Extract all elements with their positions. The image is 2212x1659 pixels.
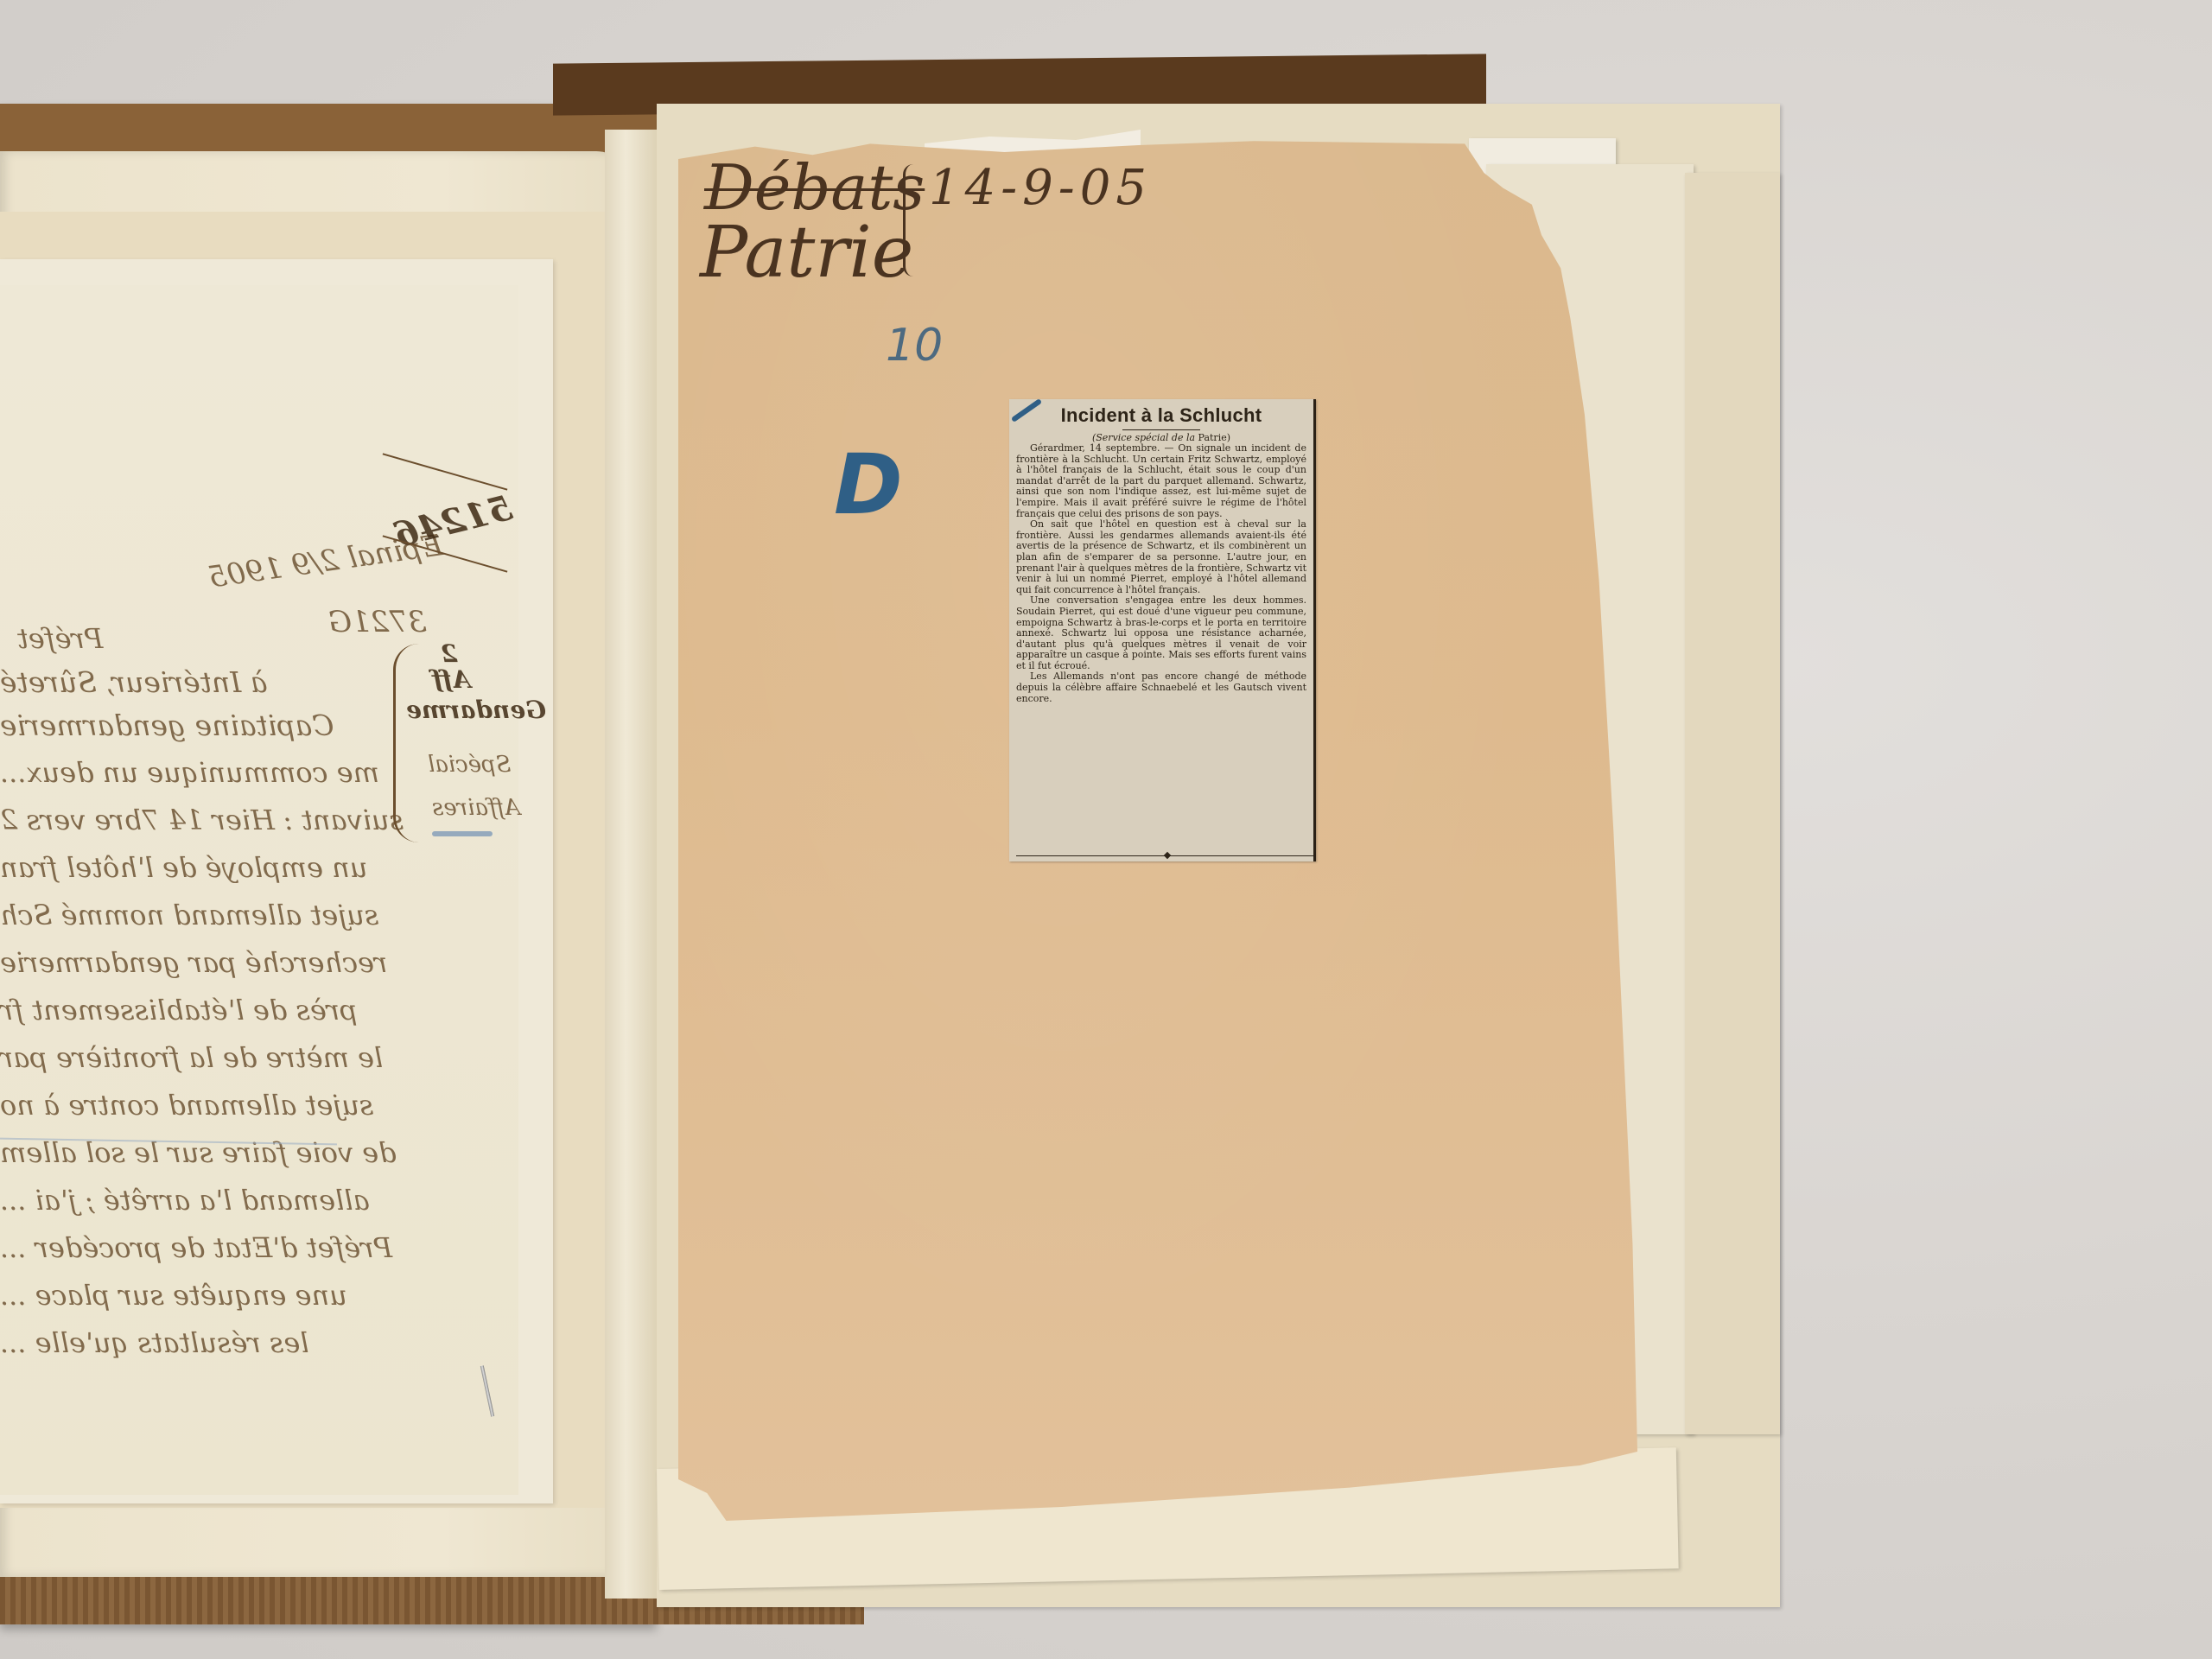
mirrored-line: recherché par gendarmerie	[0, 946, 387, 979]
margin-note: 2	[441, 639, 457, 668]
clipping-paragraph: On sait que l'hôtel en question est à ch…	[1016, 519, 1306, 595]
mirrored-line: allemand l'a arrêté ; j'ai ...	[0, 1184, 370, 1217]
clipping-paragraph: Une conversation s'engagea entre les deu…	[1016, 595, 1306, 671]
back-leaf	[1685, 173, 1780, 1434]
book-gutter	[605, 130, 657, 1599]
clipping-headline: Incident à la Schlucht	[1016, 404, 1306, 427]
margin-note: Spécial	[428, 752, 512, 778]
source-annotation: Patrie	[700, 212, 913, 294]
newspaper-clipping: Incident à la Schlucht (Service spécial …	[1009, 399, 1316, 861]
mirrored-line: le mètre de la frontière par	[0, 1041, 383, 1074]
mirrored-line: suivant : Hier 14 7bre vers 2	[0, 804, 404, 836]
margin-brace	[393, 644, 422, 842]
clipping-paragraph: Gérardmer, 14 septembre. — On signale un…	[1016, 443, 1306, 519]
margin-note: Gendarme	[406, 696, 546, 724]
mirrored-line: Préfet d'Etat de procéder ...	[0, 1231, 392, 1264]
mirrored-line: à Intérieur, Sûreté	[0, 665, 267, 699]
mirrored-line: près de l'établissement fr	[0, 994, 358, 1027]
mirrored-line: une enquête sur place ...	[0, 1279, 347, 1312]
mirrored-line: les résultats qu'elle ...	[0, 1326, 309, 1359]
tissue-sheet-inner: Epinal 2/9 1905 3721G Préfet à Intérieur…	[0, 285, 518, 1495]
mirrored-line: Préfet	[17, 622, 103, 655]
mirrored-line: me communique un deux...	[0, 756, 379, 789]
mirrored-line: sujet allemand nommé Sch	[0, 899, 378, 931]
date-annotation: 14-9-05	[929, 160, 1152, 216]
blue-pencil-mark	[432, 831, 493, 836]
headline-rule	[1122, 429, 1200, 430]
mirrored-line: Capitaine gendarmerie	[0, 709, 334, 742]
folio-number: 10	[886, 320, 943, 372]
mirrored-line: 3721G	[328, 605, 427, 639]
blue-letter-mark: D	[834, 436, 903, 533]
margin-note: Aff	[432, 665, 471, 694]
margin-note: Affaires	[432, 795, 520, 821]
mirrored-line: sujet allemand contre à no	[0, 1089, 373, 1122]
mirrored-line: un employé de l'hôtel fran	[0, 851, 367, 884]
clipping-paragraph: Les Allemands n'ont pas encore changé de…	[1016, 671, 1306, 704]
clipping-end-rule	[1016, 855, 1313, 856]
